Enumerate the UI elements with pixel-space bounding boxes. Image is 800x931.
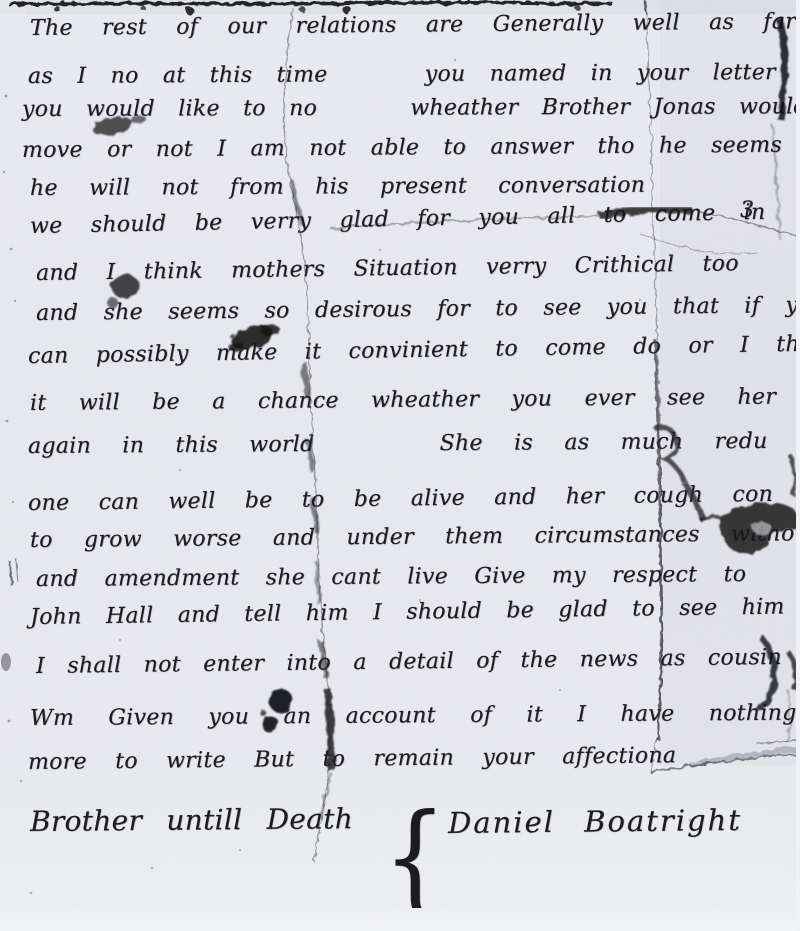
letter-line: one can well be to be alive and her coug…: [28, 482, 773, 516]
letter-line: move or not I am not able to answer tho …: [22, 132, 800, 163]
letter-line: can possibly make it convinient to come …: [28, 331, 800, 369]
page-number: 3: [740, 198, 754, 223]
scan-bottom-edge: [0, 908, 800, 931]
letter-line: The rest of our relations are Generally …: [30, 9, 796, 41]
letter-line: John Hall and tell him I should be glad …: [30, 594, 785, 630]
left-margin-marks: [9, 558, 18, 586]
scan-corner-highlight: [0, 0, 26, 14]
letter-line: you would like to no wheather Brother Jo…: [22, 94, 800, 122]
letter-line: as I no at this time you named in your l…: [28, 60, 800, 89]
letter-line: again in this world She is as much redu: [28, 429, 768, 459]
closing-line: Brother untill Death: [30, 802, 353, 838]
letter-line: and she seems so desirous for to see you…: [36, 293, 800, 326]
letter-line: and I think mothers Situation verry Crit…: [36, 251, 739, 286]
letter-line: more to write But to remain your affecti…: [28, 743, 677, 775]
scan-right-edge: [796, 0, 800, 931]
letter-line: to grow worse and under them circumstanc…: [30, 521, 800, 553]
letter-line: it will be a chance wheather you ever se…: [30, 384, 776, 416]
letter-line: I shall not enter into a detail of the n…: [36, 645, 782, 679]
letter-line: and amendment she cant live Give my resp…: [36, 562, 746, 592]
letter-line: we should be verry glad for you all to c…: [30, 200, 766, 239]
letter-line: Wm Given you an account of it I have not…: [30, 701, 797, 731]
letter-line: he will not from his present conversatio…: [30, 173, 645, 201]
closing-brace: {: [383, 788, 447, 926]
scanned-letter-page: The rest of our relations are Generally …: [0, 0, 800, 931]
signature: Daniel Boatright: [448, 803, 742, 840]
right-edge-ink: [700, 18, 796, 744]
